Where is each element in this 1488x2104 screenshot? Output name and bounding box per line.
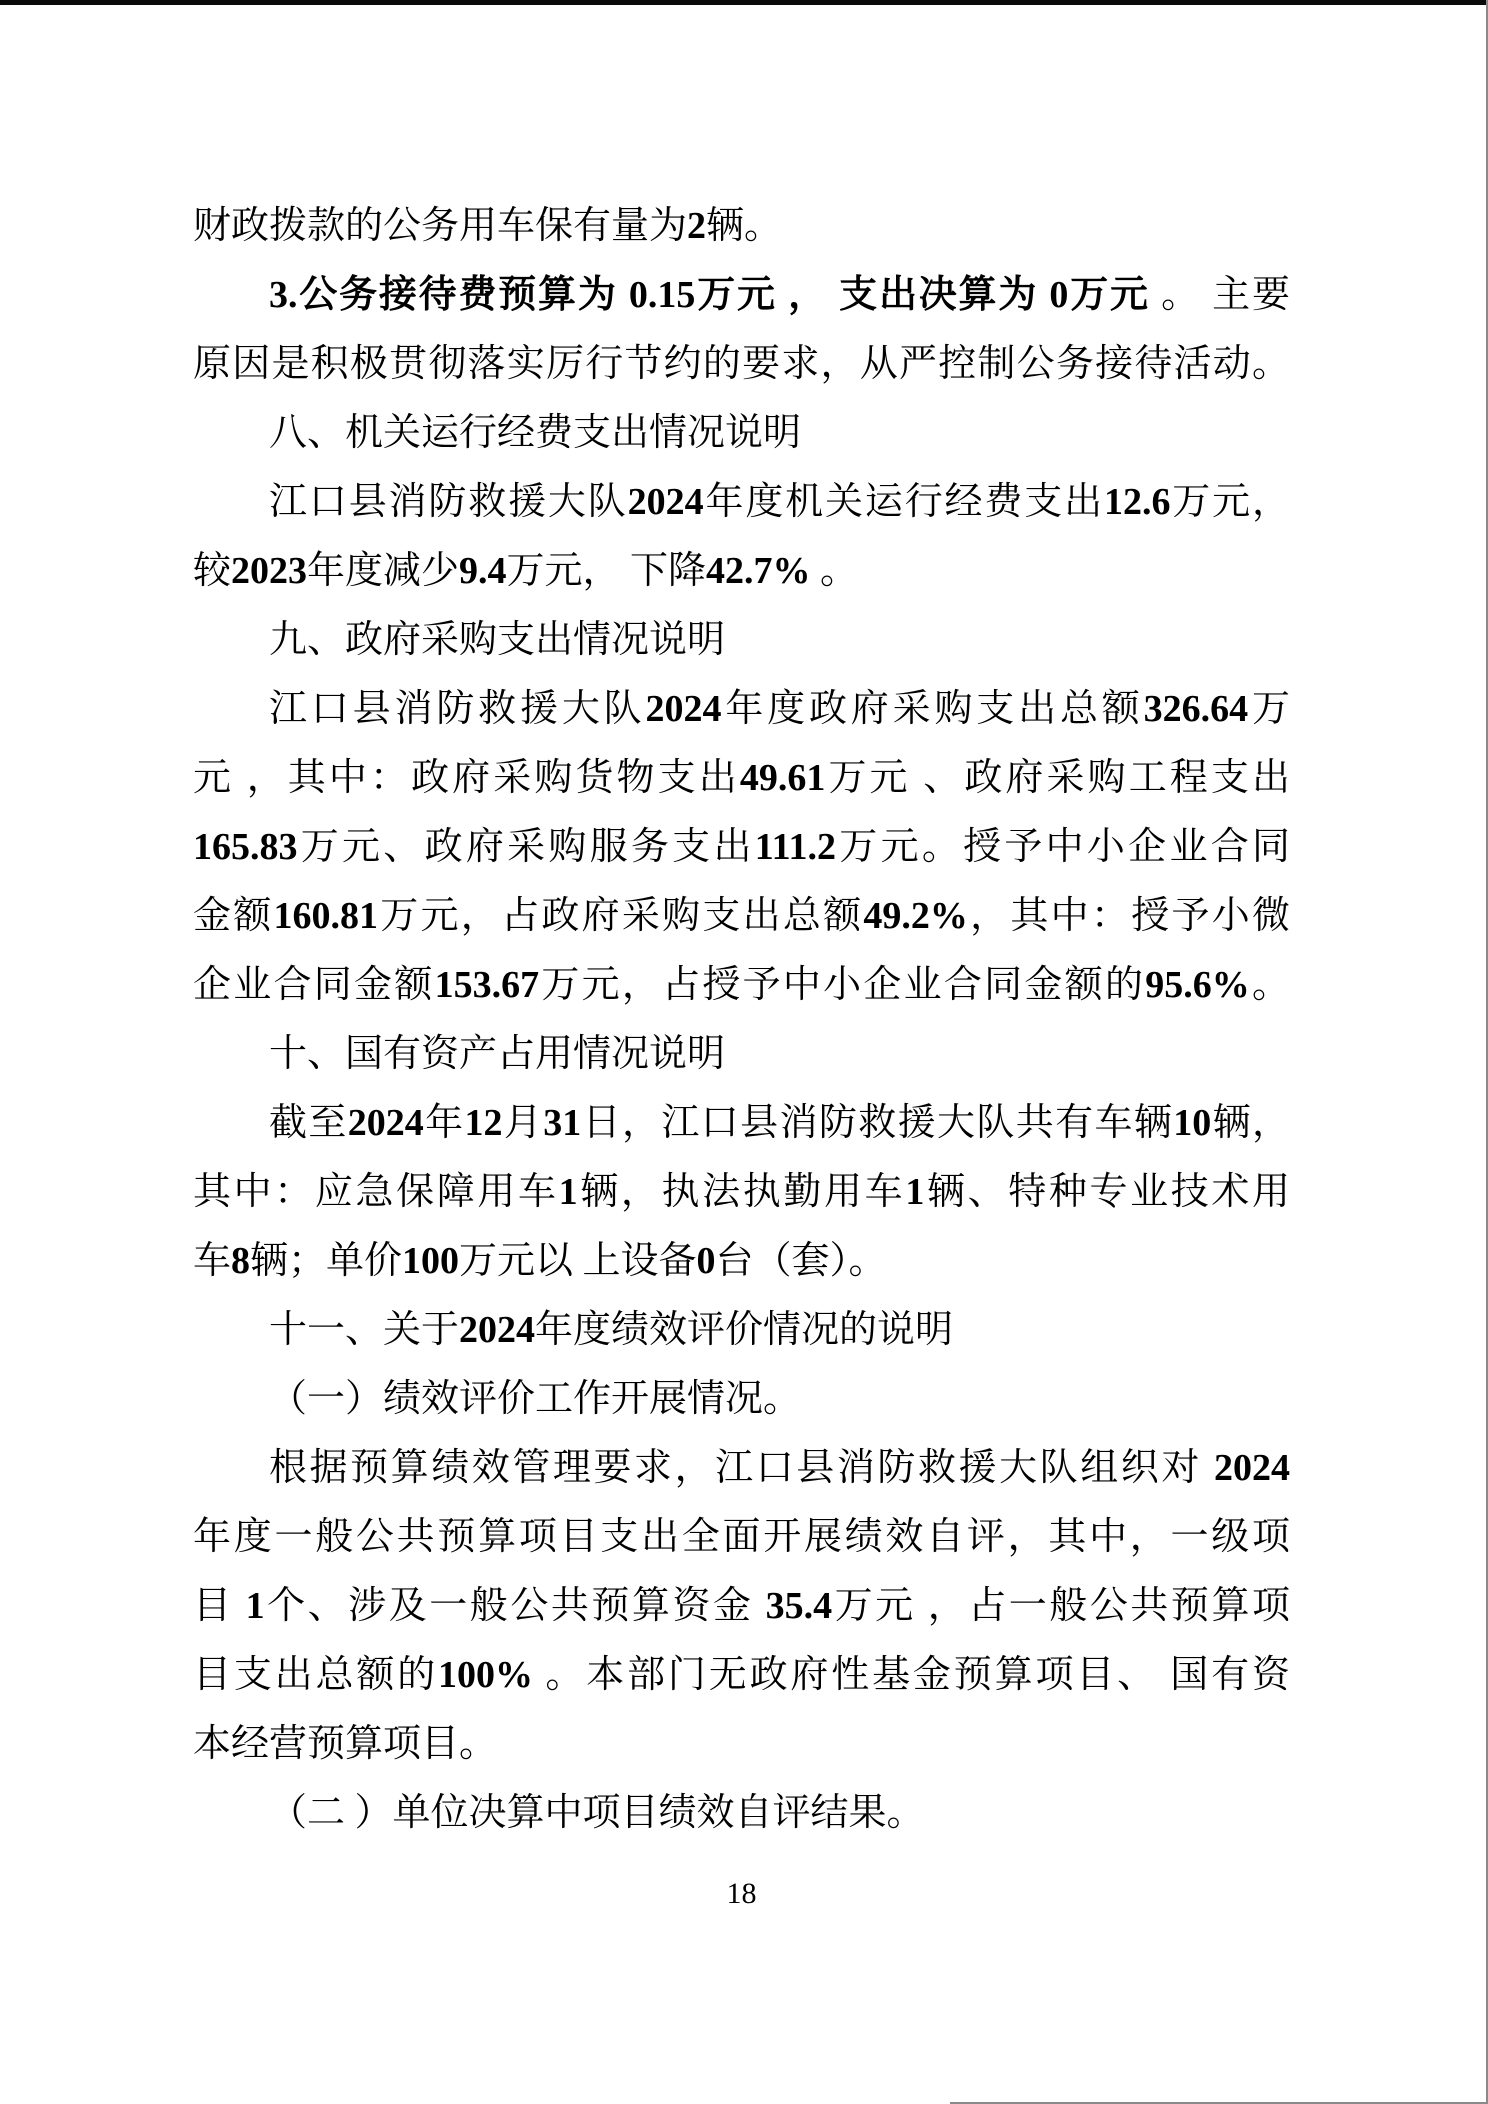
- numeral: 49.61: [740, 757, 826, 799]
- text-segment: 江口县消防救援大队2024年度机关运行经费支出12.6万元，: [269, 481, 1290, 523]
- text-line: 截至2024年12月31日，江口县消防救援大队共有车辆10辆，: [193, 1089, 1290, 1158]
- text-segment: 企业合同金额153.67万元，占授予中小企业合同金额的95.6%。: [193, 964, 1290, 1006]
- text-line: 目 1个、涉及一般公共预算资金 35.4万元 ，占一般公共预算项: [193, 1572, 1290, 1641]
- text-line: 十一、关于2024年度绩效评价情况的说明: [193, 1296, 1290, 1365]
- text-line: 金额160.81万元，占政府采购支出总额49.2%，其中：授予小微: [193, 882, 1290, 951]
- numeral: 0: [697, 1240, 716, 1282]
- numeral: 8: [231, 1240, 250, 1282]
- numeral: 160.81: [274, 895, 379, 937]
- text-segment: 原因是积极贯彻落实厉行节约的要求，从严控制公务接待活动。: [193, 343, 1290, 385]
- text-line: 根据预算绩效管理要求，江口县消防救援大队组织对 2024: [193, 1434, 1290, 1503]
- text-line: 3.公务接待费预算为 0.15万元 ， 支出决算为 0万元 。 主要: [193, 261, 1290, 330]
- text-segment: 江口县消防救援大队2024年度政府采购支出总额326.64万: [269, 688, 1290, 730]
- text-line: （一）绩效评价工作开展情况。: [193, 1365, 1290, 1434]
- numeral: 10: [1173, 1102, 1211, 1144]
- numeral: 49.2%: [863, 895, 968, 937]
- numeral: 326.64: [1144, 688, 1249, 730]
- text-line: 十、国有资产占用情况说明: [193, 1020, 1290, 1089]
- numeral: 165.83: [193, 826, 298, 868]
- text-segment: （一）绩效评价工作开展情况。: [269, 1378, 801, 1420]
- text-line: 九、政府采购支出情况说明: [193, 606, 1290, 675]
- text-line: 165.83万元、政府采购服务支出111.2万元。授予中小企业合同: [193, 813, 1290, 882]
- text-segment: 目支出总额的100% 。本部门无政府性基金预算项目、 国有资: [193, 1654, 1290, 1696]
- text-segment: 其中：应急保障用车1辆，执法执勤用车1辆、特种专业技术用: [193, 1171, 1290, 1213]
- document-page: 财政拨款的公务用车保有量为2辆。3.公务接待费预算为 0.15万元 ， 支出决算…: [0, 0, 1488, 2104]
- numeral: 35.4: [766, 1585, 833, 1627]
- numeral: 31: [543, 1102, 581, 1144]
- text-segment: 车8辆；单价100万元以 上设备0台（套）。: [193, 1240, 887, 1282]
- text-line: 其中：应急保障用车1辆，执法执勤用车1辆、特种专业技术用: [193, 1158, 1290, 1227]
- text-line: 本经营预算项目。: [193, 1710, 1290, 1779]
- numeral: 12: [465, 1102, 503, 1144]
- numeral: 9.4: [459, 550, 507, 592]
- text-segment: （二 ）单位决算中项目绩效自评结果。: [269, 1792, 925, 1834]
- text-line: 财政拨款的公务用车保有量为2辆。: [193, 192, 1290, 261]
- text-line: 元 ，其中：政府采购货物支出49.61万元 、政府采购工程支出: [193, 744, 1290, 813]
- text-segment: 目 1个、涉及一般公共预算资金 35.4万元 ，占一般公共预算项: [193, 1585, 1290, 1627]
- text-line: 江口县消防救援大队2024年度机关运行经费支出12.6万元，: [193, 468, 1290, 537]
- numeral: 2: [687, 205, 706, 247]
- text-line: 原因是积极贯彻落实厉行节约的要求，从严控制公务接待活动。: [193, 330, 1290, 399]
- text-segment: 十、国有资产占用情况说明: [269, 1033, 725, 1075]
- text-segment: 元 ，其中：政府采购货物支出49.61万元 、政府采购工程支出: [193, 757, 1290, 799]
- numeral: 2024: [348, 1102, 424, 1144]
- numeral: 153.67: [435, 964, 540, 1006]
- text-segment: 金额160.81万元，占政府采购支出总额49.2%，其中：授予小微: [193, 895, 1290, 937]
- numeral: 1: [246, 1585, 265, 1627]
- text-line: 年度一般公共预算项目支出全面开展绩效自评，其中，一级项: [193, 1503, 1290, 1572]
- document-body: 财政拨款的公务用车保有量为2辆。3.公务接待费预算为 0.15万元 ， 支出决算…: [193, 0, 1290, 1914]
- numeral: 100: [402, 1240, 459, 1282]
- numeral: 2024: [645, 688, 721, 730]
- numeral: 2024: [1214, 1447, 1290, 1489]
- numeral: 1: [905, 1171, 924, 1213]
- text-segment: 截至2024年12月31日，江口县消防救援大队共有车辆10辆，: [269, 1102, 1290, 1144]
- numeral: 111.2: [755, 826, 836, 868]
- numeral: 2024: [628, 481, 704, 523]
- text-line: （二 ）单位决算中项目绩效自评结果。: [193, 1779, 1290, 1848]
- text-segment: 根据预算绩效管理要求，江口县消防救援大队组织对 2024: [269, 1447, 1290, 1489]
- numeral: 100%: [438, 1654, 533, 1696]
- numeral: 3.: [269, 274, 298, 316]
- text-line: 较2023年度减少9.4万元， 下降42.7% 。: [193, 537, 1290, 606]
- text-line: 车8辆；单价100万元以 上设备0台（套）。: [193, 1227, 1290, 1296]
- text-line: 目支出总额的100% 。本部门无政府性基金预算项目、 国有资: [193, 1641, 1290, 1710]
- numeral: 95.6%: [1145, 964, 1250, 1006]
- text-line: 企业合同金额153.67万元，占授予中小企业合同金额的95.6%。: [193, 951, 1290, 1020]
- text-segment: 八、机关运行经费支出情况说明: [269, 412, 801, 454]
- text-segment: 十一、关于2024年度绩效评价情况的说明: [269, 1309, 953, 1351]
- numeral: 0: [1049, 274, 1068, 316]
- page-number: 18: [193, 1874, 1290, 1914]
- text-line: 八、机关运行经费支出情况说明: [193, 399, 1290, 468]
- text-segment: 财政拨款的公务用车保有量为2辆。: [193, 205, 782, 247]
- text-segment: 年度一般公共预算项目支出全面开展绩效自评，其中，一级项: [193, 1516, 1290, 1558]
- text-line: 江口县消防救援大队2024年度政府采购支出总额326.64万: [193, 675, 1290, 744]
- bold-text-segment: 3.公务接待费预算为 0.15万元 ， 支出决算为 0万元: [269, 274, 1150, 316]
- numeral: 42.7%: [706, 550, 811, 592]
- text-segment: 本经营预算项目。: [193, 1723, 497, 1765]
- numeral: 12.6: [1104, 481, 1171, 523]
- numeral: 0.15: [629, 274, 696, 316]
- text-segment: 165.83万元、政府采购服务支出111.2万元。授予中小企业合同: [193, 826, 1290, 868]
- numeral: 2024: [459, 1309, 535, 1351]
- numeral: 2023: [231, 550, 307, 592]
- text-segment: 。 主要: [1150, 274, 1290, 316]
- numeral: 1: [559, 1171, 578, 1213]
- text-segment: 较2023年度减少9.4万元， 下降42.7% 。: [193, 550, 858, 592]
- text-segment: 九、政府采购支出情况说明: [269, 619, 725, 661]
